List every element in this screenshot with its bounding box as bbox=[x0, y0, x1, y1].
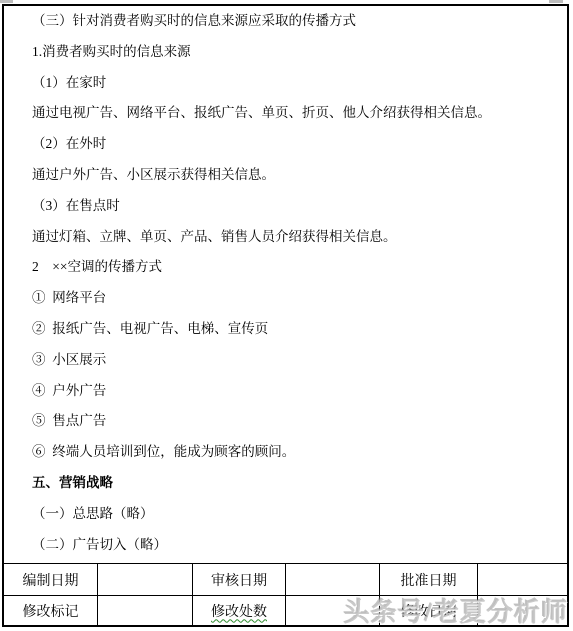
cut-table-fragment-right bbox=[549, 0, 563, 3]
doc-paragraph: 通过灯箱、立牌、单页、产品、销售人员介绍获得相关信息。 bbox=[32, 222, 555, 253]
doc-paragraph: 1.消费者购买时的信息来源 bbox=[32, 37, 555, 68]
revision-count-text: 修改处数 bbox=[211, 601, 267, 621]
doc-list-item-2: ② 报纸广告、电视广告、电梯、宣传页 bbox=[32, 314, 555, 345]
document-frame: （三）针对消费者购买时的信息来源应采取的传播方式 1.消费者购买时的信息来源 （… bbox=[2, 4, 569, 627]
cell-revision-date-value bbox=[477, 595, 567, 625]
section-heading-marketing-strategy: 五、营销战略 bbox=[32, 468, 555, 499]
cut-table-fragment-left bbox=[0, 0, 13, 3]
doc-paragraph: （1）在家时 bbox=[32, 68, 555, 99]
doc-list-item-3: ③ 小区展示 bbox=[32, 345, 555, 376]
cell-revision-count-label: 修改处数 bbox=[192, 595, 285, 625]
doc-list-item-4: ④ 户外广告 bbox=[32, 376, 555, 407]
doc-paragraph: （二）广告切入（略） bbox=[32, 530, 555, 561]
doc-paragraph: （2）在外时 bbox=[32, 129, 555, 160]
doc-paragraph: （3）在售点时 bbox=[32, 191, 555, 222]
doc-paragraph: 通过户外广告、小区展示获得相关信息。 bbox=[32, 160, 555, 191]
doc-list-item-6: ⑥ 终端人员培训到位，能成为顾客的顾问。 bbox=[32, 437, 555, 468]
doc-list-item-1: ① 网络平台 bbox=[32, 283, 555, 314]
footer-table-row-2: 修改标记 修改处数 修改日期 bbox=[4, 595, 567, 625]
doc-paragraph: （一）总思路（略） bbox=[32, 499, 555, 530]
cell-revision-mark-value bbox=[97, 595, 192, 625]
doc-paragraph: 通过电视广告、网络平台、报纸广告、单页、折页、他人介绍获得相关信息。 bbox=[32, 98, 555, 129]
document-page: （三）针对消费者购买时的信息来源应采取的传播方式 1.消费者购买时的信息来源 （… bbox=[0, 0, 573, 631]
cell-compile-date-label: 编制日期 bbox=[4, 564, 97, 595]
cell-review-date-label: 审核日期 bbox=[192, 564, 285, 595]
cell-approve-date-label: 批准日期 bbox=[379, 564, 477, 595]
cell-revision-mark-label: 修改标记 bbox=[4, 595, 97, 625]
cell-revision-date-label: 修改日期 bbox=[379, 595, 477, 625]
cell-revision-count-value bbox=[285, 595, 379, 625]
doc-paragraph: 2 ××空调的传播方式 bbox=[32, 252, 555, 283]
doc-list-item-5: ⑤ 售点广告 bbox=[32, 406, 555, 437]
cell-review-date-value bbox=[285, 564, 379, 595]
cell-approve-date-value bbox=[477, 564, 567, 595]
cell-compile-date-value bbox=[97, 564, 192, 595]
document-body: （三）针对消费者购买时的信息来源应采取的传播方式 1.消费者购买时的信息来源 （… bbox=[4, 6, 567, 564]
doc-paragraph: （三）针对消费者购买时的信息来源应采取的传播方式 bbox=[32, 6, 555, 37]
footer-table-row-1: 编制日期 审核日期 批准日期 bbox=[4, 564, 567, 595]
